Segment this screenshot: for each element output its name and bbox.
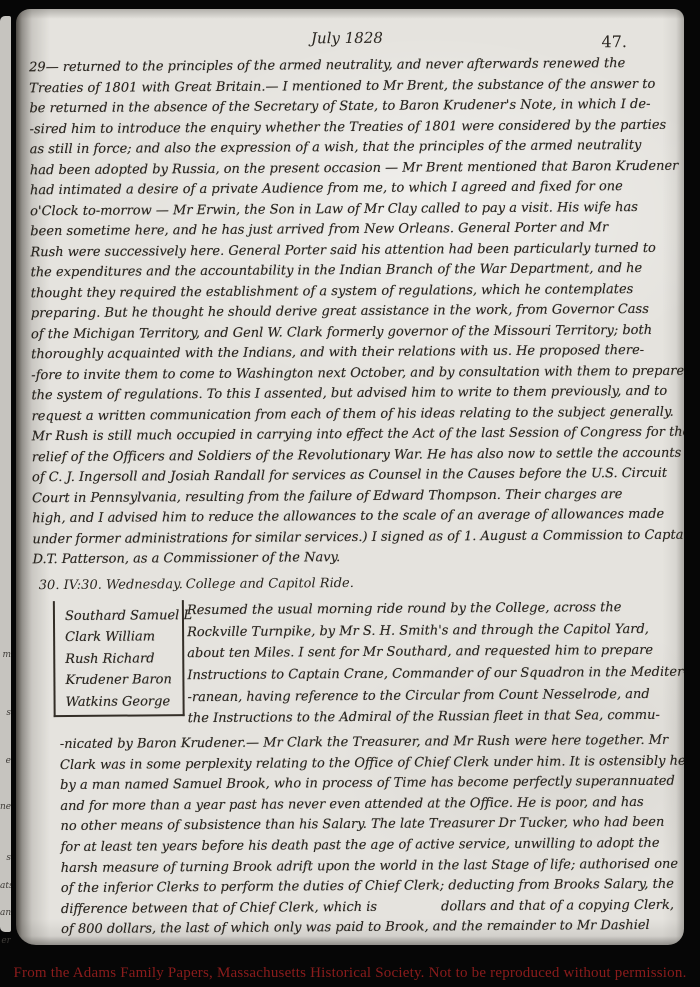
entry-date-time: 30. IV:30. Wednesday. — [39, 577, 183, 593]
manuscript-scan: m s e ne s ats, and er July 1828 47. 29—… — [0, 0, 700, 987]
visitor-name: Watkins George — [65, 691, 182, 713]
entry-title: College and Capitol Ride. — [186, 576, 354, 592]
visitor-name: Krudener Baron — [65, 669, 182, 691]
visitor-name: Southard Samuel L — [65, 605, 182, 627]
facing-page-edge: m s e ne s ats, and er — [0, 16, 11, 932]
margin-fragment: ats, — [0, 882, 11, 891]
manuscript-line: the Instructions to the Admiral of the R… — [188, 705, 682, 730]
entry-july-30-continuation: -nicated by Baron Krudener.— Mr Clark th… — [60, 731, 683, 941]
manuscript-line: Instructions to Captain Crane, Commander… — [187, 662, 681, 687]
entry-july-30-column: Resumed the usual morning ride round by … — [187, 597, 682, 731]
date-header: July 1828 — [16, 27, 681, 50]
margin-fragment: ne — [0, 803, 11, 812]
line-part-before-blank: difference between that of Chief Clerk, … — [61, 900, 377, 917]
handwriting-layer: July 1828 47. 29— returned to the princi… — [16, 9, 684, 945]
diary-page: July 1828 47. 29— returned to the princi… — [16, 9, 684, 945]
archive-caption: From the Adams Family Papers, Massachuse… — [13, 965, 686, 982]
margin-fragment: s — [0, 709, 11, 718]
archive-caption-band: From the Adams Family Papers, Massachuse… — [0, 945, 700, 987]
page-number: 47. — [601, 32, 627, 51]
manuscript-line: D.T. Patterson, as a Commissioner of the… — [33, 546, 677, 571]
visitor-names-box: Southard Samuel L Clark William Rush Ric… — [53, 600, 185, 717]
entry-july-30-heading: 30. IV:30. Wednesday. College and Capito… — [39, 574, 677, 599]
margin-fragment: e — [0, 757, 11, 766]
margin-fragment: s — [0, 854, 11, 863]
entry-july-29: 29— returned to the principles of the ar… — [29, 54, 677, 571]
visitor-name: Rush Richard — [65, 648, 182, 670]
margin-fragment: m — [0, 651, 11, 660]
manuscript-line: of 800 dollars, the last of which only w… — [61, 916, 683, 941]
manuscript-line: Resumed the usual morning ride round by … — [187, 597, 681, 622]
visitor-name: Clark William — [65, 627, 182, 649]
margin-fragment: and — [0, 909, 11, 918]
line-part-after-blank: dollars and that of a copying Clerk, — [441, 897, 674, 914]
